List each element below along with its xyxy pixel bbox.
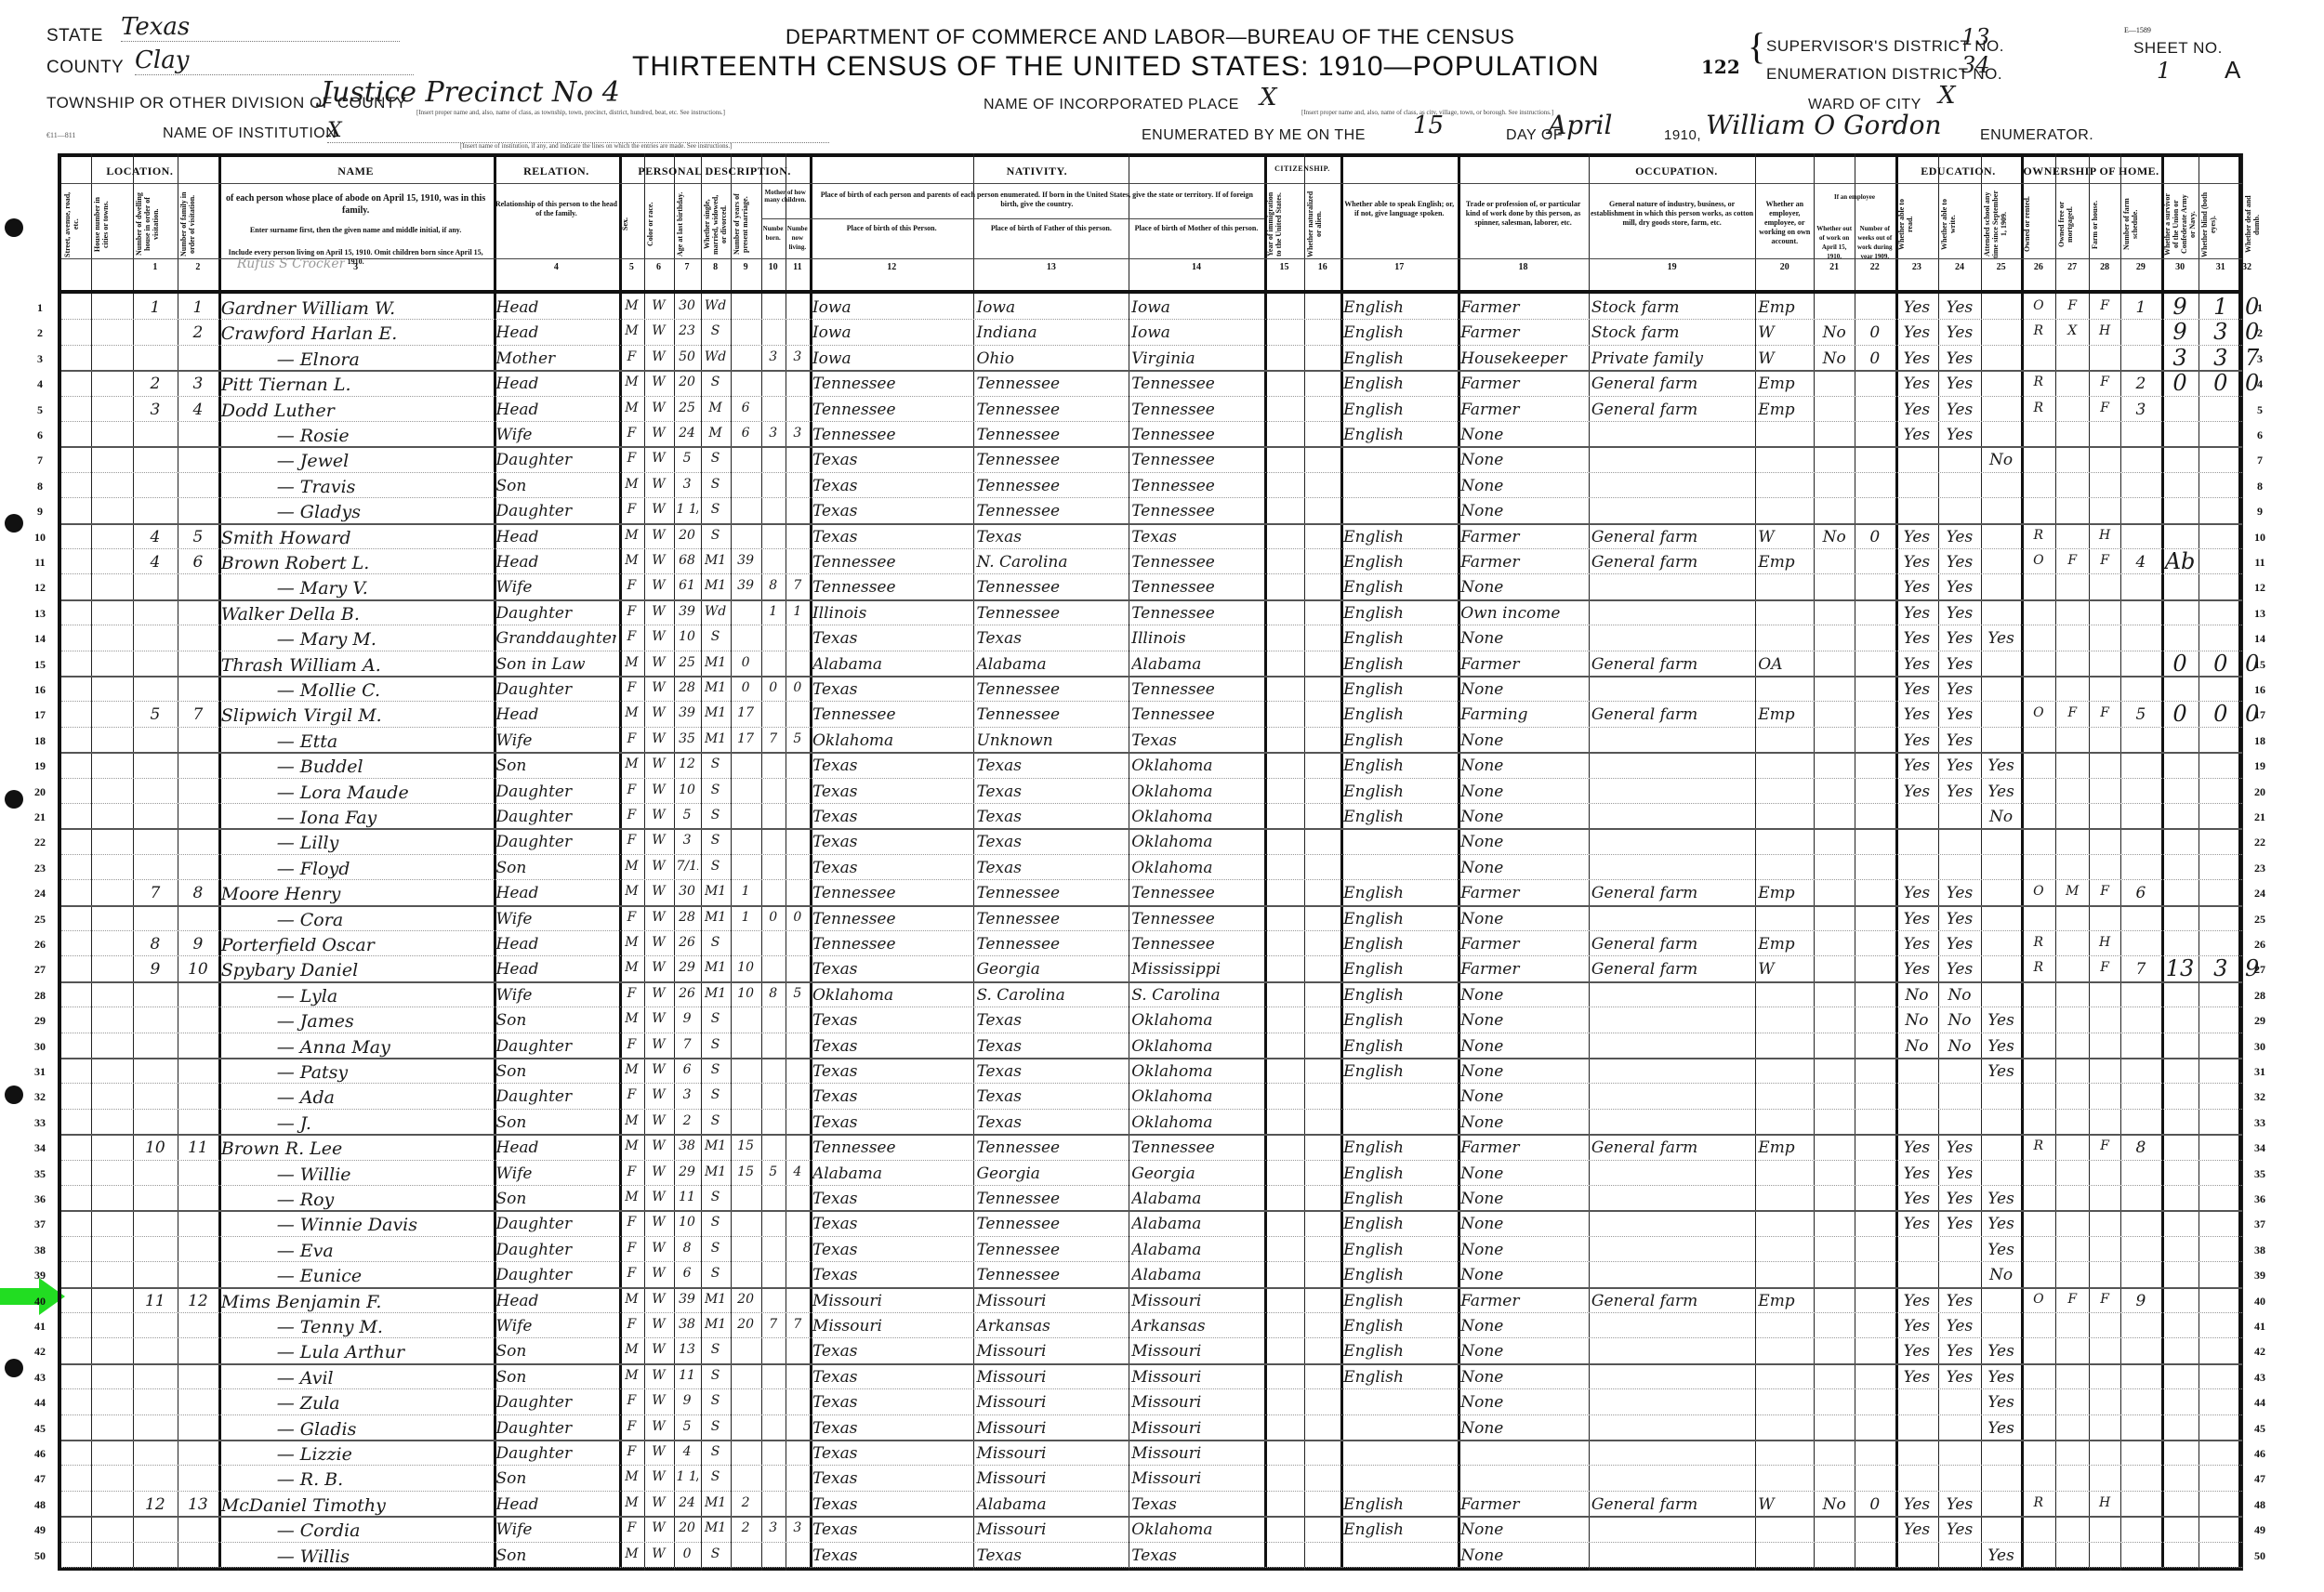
row-rule [61,625,2242,625]
cell-bpm: Missouri [1131,1419,1261,1438]
line-number-left: 43 [26,1371,54,1385]
cell-dwelling: 4 [136,553,175,572]
cell-sex: M [622,1495,640,1510]
cell-bp: Texas [812,629,971,648]
cell-age: 28 [677,910,698,925]
line-number-left: 17 [26,708,54,722]
column-header-nat: Whether naturalized or alien. [1306,191,1339,258]
header-bottom-rule [61,290,2242,294]
cell-yrs: 0 [733,655,759,670]
line-number-left: 31 [26,1065,54,1079]
cell-born: 3 [764,426,783,441]
column-number: 11 [786,262,810,272]
cell-trade: None [1460,1190,1586,1208]
row-rule [61,370,2242,372]
line-number-left: 27 [26,963,54,977]
line-number-right: 11 [2246,556,2274,570]
line-number-left: 16 [26,683,54,697]
cell-age: 20 [677,375,698,389]
cell-eng: English [1343,323,1455,342]
cell-eng: English [1343,629,1455,648]
cell-bpf: Georgia [976,960,1126,979]
column-number: 16 [1304,262,1340,272]
cell-bp: Texas [812,808,971,826]
line-number-right: 18 [2246,734,2274,748]
cell-marital: M1 [704,1138,728,1153]
cell-bpm: Tennessee [1131,451,1261,469]
cell-bpf: Missouri [976,1342,1126,1361]
column-divider [644,153,645,1571]
cell-bpm: Tennessee [1131,680,1261,699]
cell-bpf: Alabama [976,1495,1126,1514]
cell-bpf: Indiana [976,323,1126,342]
line-number-right: 5 [2246,403,2274,417]
cell-color: W [647,705,671,720]
cell-c31: 0 [2201,651,2239,677]
cell-marital: S [704,1241,728,1256]
cell-bpf: Tennessee [976,426,1126,444]
cell-eng: English [1343,375,1455,393]
cell-born: 5 [764,1164,783,1179]
row-rule [61,1491,2242,1492]
row-rule [61,1440,2242,1441]
cell-read: Yes [1898,680,1936,699]
cell-eng: English [1343,1062,1455,1081]
column-header-ind: General nature of industry, business, or… [1591,200,1753,258]
cell-eng: English [1343,426,1455,444]
cell-relation: Wife [496,578,617,597]
cell-read: Yes [1898,757,1936,775]
cell-sched: 9 [2123,1292,2159,1310]
cell-yrs: 6 [733,426,759,441]
row-rule [61,1109,2242,1110]
cell-marital: S [704,1113,728,1128]
cell-write: Yes [1941,629,1978,648]
cell-yrs: 39 [733,553,759,568]
line-number-left: 1 [26,301,54,315]
cell-bpf: Tennessee [976,401,1126,419]
column-divider [1755,153,1756,1571]
cell-ind: General farm [1591,935,1752,954]
cell-relation: Son [496,1546,617,1565]
cell-relation: Daughter [496,1087,617,1106]
cell-eng: English [1343,910,1455,928]
row-rule [61,1542,2242,1543]
line-number-right: 28 [2246,989,2274,1003]
cell-bp: Alabama [812,1164,971,1183]
column-divider [178,153,178,1571]
row-rule [61,1312,2242,1313]
cell-fm: F [2058,705,2086,720]
cell-yrs: 1 [733,910,759,925]
cell-marital: S [704,1037,728,1052]
cell-bp: Texas [812,757,971,775]
cell-trade: None [1460,451,1586,469]
cell-color: W [647,731,671,746]
cell-name: Thrash William A. [221,655,491,676]
row-rule [61,1337,2242,1338]
cell-color: W [647,553,671,568]
cell-emp: Emp [1758,935,1811,954]
cell-bp: Tennessee [812,935,971,954]
line-number-left: 41 [26,1320,54,1334]
line-number-right: 33 [2246,1116,2274,1130]
cell-sex: M [622,884,640,899]
cell-color: W [647,375,671,389]
cell-bpf: Texas [976,783,1126,801]
row-rule [61,701,2242,702]
cell-bp: Texas [812,833,971,851]
cell-eng: English [1343,1317,1455,1335]
column-header-sex: Sex. [621,191,641,258]
cell-living: 7 [788,578,807,593]
cell-trade: None [1460,1037,1586,1056]
enumerated-month: April [1548,110,1612,140]
cell-trade: None [1460,1062,1586,1081]
cell-relation: Son [496,1062,617,1081]
line-number-right: 10 [2246,531,2274,545]
cell-color: W [647,1292,671,1307]
cell-write: Yes [1941,783,1978,801]
cell-wks: 0 [1857,323,1893,342]
column-header-c30: Whether a survivor of the Union or Confe… [2163,191,2198,258]
cell-read: Yes [1898,349,1936,368]
cell-name: Walker Della B. [221,604,491,625]
column-header-own: Owned or rented. [2023,191,2053,258]
cell-sch: Yes [1984,1241,2019,1259]
cell-read: Yes [1898,1292,1936,1310]
cell-bpm: Oklahoma [1131,1037,1261,1056]
row-rule [61,319,2242,320]
row-rule [61,472,2242,473]
cell-read: Yes [1898,604,1936,623]
cell-bpf: Georgia [976,1164,1126,1183]
cell-sch: Yes [1984,1342,2019,1361]
cell-sex: F [622,808,640,822]
cell-family: 3 [180,375,216,393]
cell-trade: None [1460,680,1586,699]
cell-trade: None [1460,1164,1586,1183]
cell-own: R [2024,1138,2053,1153]
line-number-right: 41 [2246,1320,2274,1334]
cell-sex: M [622,553,640,568]
line-number-right: 50 [2246,1549,2274,1563]
column-header-emp: Whether an employer, employee, or workin… [1757,200,1812,258]
cell-trade: None [1460,477,1586,495]
cell-sex: M [622,705,640,720]
cell-emp: Emp [1758,1138,1811,1157]
cell-color: W [647,1138,671,1153]
line-number-left: 21 [26,810,54,824]
cell-marital: S [704,477,728,492]
cell-sch: Yes [1984,1419,2019,1438]
line-number-right: 13 [2246,607,2274,621]
column-number: 27 [2055,262,2089,272]
cell-yrs: 20 [733,1292,759,1307]
cell-ind: General farm [1591,375,1752,393]
cell-sched: 3 [2123,401,2159,419]
name-header-instr1: Enter surname first, then the given name… [222,226,490,235]
cell-living: 4 [788,1164,807,1179]
line-number-left: 44 [26,1396,54,1410]
cell-bpm: Illinois [1131,629,1261,648]
column-header-wks: Number of weeks out of work during year … [1856,224,1894,258]
cell-age: 25 [677,655,698,670]
line-number-right: 30 [2246,1040,2274,1054]
cell-write: Yes [1941,553,1978,572]
cell-read: Yes [1898,731,1936,750]
cell-marital: M1 [704,960,728,975]
cell-sex: M [622,655,640,670]
cell-bpm: Alabama [1131,1241,1261,1259]
line-number-left: 10 [26,531,54,545]
cell-bp: Texas [812,1444,971,1463]
row-rule [61,1033,2242,1033]
cell-family: 5 [180,528,216,546]
column-group-education: EDUCATION. [1895,164,2022,178]
cell-bpf: Ohio [976,349,1126,368]
cell-eng: English [1343,757,1455,775]
cell-eng: English [1343,553,1455,572]
cell-marital: M1 [704,910,728,925]
column-divider [731,153,732,1571]
cell-born: 7 [764,1317,783,1332]
cell-bpm: Texas [1131,731,1261,750]
cell-ind: Private family [1591,349,1752,368]
cell-bp: Texas [812,1190,971,1208]
column-number: 29 [2120,262,2161,272]
nativity-divider [810,218,1264,219]
cell-age: 38 [677,1317,698,1332]
cell-eng: English [1343,298,1455,317]
cell-sched: 4 [2123,553,2159,572]
line-number-right: 25 [2246,913,2274,927]
column-group-citizenship: CITIZENSHIP. [1264,164,1340,173]
sheet-label: SHEET NO. [2133,39,2223,58]
cell-eng: English [1343,1368,1455,1387]
cell-relation: Son [496,1368,617,1387]
cell-marital: M1 [704,1495,728,1510]
line-number-right: 34 [2246,1141,2274,1155]
cell-bp: Texas [812,1062,971,1081]
cell-color: W [647,477,671,492]
cell-read: Yes [1898,910,1936,928]
column-number: 7 [674,262,701,272]
cell-bpf: Texas [976,1062,1126,1081]
cell-trade: Farmer [1460,323,1586,342]
row-rule [61,676,2242,678]
cell-color: W [647,1317,671,1332]
cell-read: Yes [1898,426,1936,444]
cell-trade: None [1460,1317,1586,1335]
line-number-left: 30 [26,1040,54,1054]
cell-bpf: Tennessee [976,1190,1126,1208]
cell-relation: Son [496,1469,617,1488]
column-divider [2242,153,2243,1571]
cell-sex: M [622,1469,640,1484]
cell-own: R [2024,401,2053,415]
cell-sex: F [622,426,640,441]
cell-marital: M1 [704,1164,728,1179]
cell-c31: 1 [2201,294,2239,320]
cell-write: Yes [1941,604,1978,623]
line-number-right: 8 [2246,480,2274,493]
cell-write: Yes [1941,401,1978,419]
cell-sex: F [622,986,640,1001]
cell-sch: No [1984,808,2019,826]
cell-relation: Head [496,1495,617,1514]
enumerator-label: ENUMERATOR. [1980,127,2093,144]
cell-bpm: Alabama [1131,1215,1261,1233]
cell-write: No [1941,1011,1978,1030]
cell-trade: None [1460,426,1586,444]
line-number-left: 48 [26,1498,54,1512]
cell-bp: Iowa [812,349,971,368]
supervisor-value: 13 [1961,24,1990,50]
row-rule [61,1516,2242,1518]
cell-eng: English [1343,1164,1455,1183]
cell-write: Yes [1941,1317,1978,1335]
cell-bpf: Arkansas [976,1317,1126,1335]
cell-bpm: Missouri [1131,1292,1261,1310]
cell-ind: General farm [1591,884,1752,902]
cell-fh: F [2092,401,2118,415]
cell-sch: Yes [1984,1011,2019,1030]
cell-trade: None [1460,833,1586,851]
cell-yrs: 10 [733,986,759,1001]
column-number: 1 [133,262,178,272]
cell-color: W [647,1241,671,1256]
cell-relation: Daughter [496,1444,617,1463]
cell-bpf: Tennessee [976,1266,1126,1284]
cell-age: 9 [677,1011,698,1026]
column-number: 6 [644,262,674,272]
column-number: 23 [1895,262,1939,272]
if-employee-header: If an employee [1814,192,1895,202]
row-rule [61,1083,2242,1084]
cell-write: Yes [1941,731,1978,750]
row-rule [61,1210,2242,1212]
column-divider [2199,153,2199,1571]
row-rule [61,1388,2242,1389]
cell-color: W [647,1190,671,1204]
cell-relation: Wife [496,910,617,928]
cell-age: 20 [677,1520,698,1535]
cell-ind: General farm [1591,1495,1752,1514]
cell-age: 7 [677,1037,698,1052]
cell-relation: Daughter [496,808,617,826]
cell-trade: None [1460,629,1586,648]
cell-ind: General farm [1591,528,1752,546]
cell-age: 6 [677,1062,698,1077]
cell-c31: 3 [2201,345,2239,371]
cell-eng: English [1343,401,1455,419]
cell-bpm: Oklahoma [1131,783,1261,801]
column-number: 19 [1589,262,1755,272]
cell-bpf: Texas [976,1011,1126,1030]
cell-fh: H [2092,528,2118,543]
header-annotation: Rufus S Crocker [237,257,346,271]
cell-living: 7 [788,1317,807,1332]
cell-relation: Head [496,960,617,979]
column-header-family: Number of family in order of visitation. [179,191,217,258]
cell-bpf: Texas [976,808,1126,826]
cell-relation: Son [496,1190,617,1208]
row-rule [61,1567,2242,1568]
cell-marital: S [704,1444,728,1459]
column-divider [701,153,702,1571]
cell-relation: Head [496,375,617,393]
cell-sex: F [622,910,640,925]
cell-eng: English [1343,1037,1455,1056]
cell-sch: Yes [1984,1062,2019,1081]
cell-dwelling: 8 [136,935,175,954]
year-label: 1910, [1664,127,1701,143]
cell-sched: 7 [2123,960,2159,979]
cell-bpm: Tennessee [1131,553,1261,572]
cell-emp: OA [1758,655,1811,674]
column-header-c31: Whether blind (both eyes). [2200,191,2240,258]
cell-sex: F [622,349,640,364]
cell-age: 8 [677,1241,698,1256]
cell-bp: Texas [812,1011,971,1030]
cell-yrs: 2 [733,1495,759,1510]
cell-sex: M [622,477,640,492]
hole-punch [5,1085,23,1104]
cell-eng: English [1343,1520,1455,1539]
cell-name: Brown R. Lee [221,1138,491,1159]
cell-color: W [647,757,671,771]
line-number-left: 11 [26,556,54,570]
cell-sch: Yes [1984,1190,2019,1208]
cell-color: W [647,528,671,543]
line-number-left: 5 [26,403,54,417]
cell-relation: Granddaughter [496,629,617,648]
cell-c31: 0 [2201,370,2239,396]
cell-dwelling: 12 [136,1495,175,1514]
cell-fm: F [2058,1292,2086,1307]
column-number: 31 [2199,262,2242,272]
cell-marital: Wd [704,349,728,364]
column-divider [1855,153,1855,1571]
cell-living: 3 [788,349,807,364]
cell-sch: No [1984,1266,2019,1284]
cell-read: Yes [1898,884,1936,902]
cell-bpm: Georgia [1131,1164,1261,1183]
row-rule [61,523,2242,525]
line-number-right: 14 [2246,632,2274,646]
cell-relation: Daughter [496,1215,617,1233]
cell-age: 24 [677,426,698,441]
cell-name: Porterfield Oscar [221,935,491,955]
cell-sched: 6 [2123,884,2159,902]
cell-eng: English [1343,884,1455,902]
cell-trade: None [1460,731,1586,750]
enumerated-day: 15 [1413,112,1444,139]
cell-color: W [647,1393,671,1408]
line-number-right: 38 [2246,1243,2274,1257]
cell-c32: 7 [2245,345,2259,371]
cell-read: No [1898,986,1936,1005]
cell-bpf: Tennessee [976,451,1126,469]
cell-eng: English [1343,604,1455,623]
cell-sex: F [622,1087,640,1102]
row-rule [61,803,2242,804]
cell-marital: S [704,1469,728,1484]
cell-age: 25 [677,401,698,415]
cell-bpm: Tennessee [1131,401,1261,419]
column-divider [1981,153,1982,1571]
